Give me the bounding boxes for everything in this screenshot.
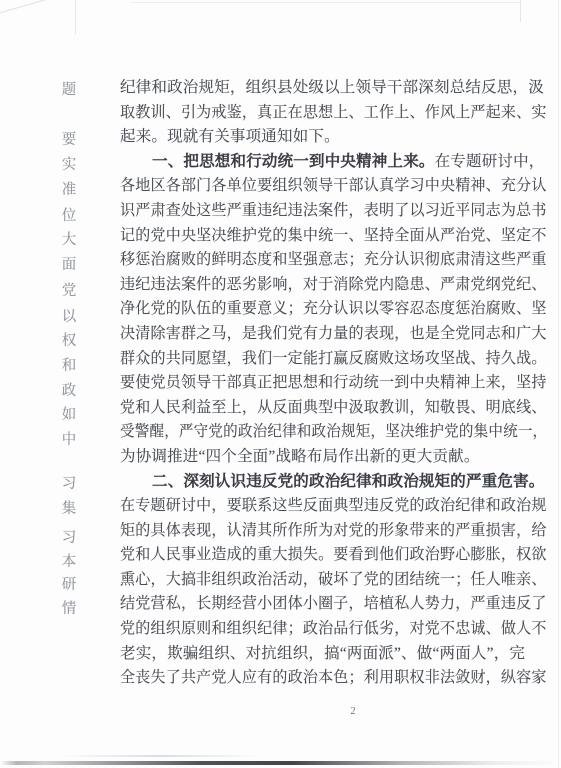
body-line: 二、深刻认识违反党的政治纪律和政治规矩的严重危害。 <box>120 470 547 495</box>
margin-char: 大 <box>58 228 80 249</box>
margin-char: 如 <box>58 403 80 424</box>
margin-char: 党 <box>58 279 80 300</box>
body-line: 结党营私，长期经营小团体小圈子，培植私人势力，严重违反了 <box>120 592 534 617</box>
page-number: 2 <box>338 706 368 717</box>
top-right-crease <box>520 0 521 22</box>
body-line-text: 结党营私，长期经营小团体小圈子，培植私人势力，严重违反了 <box>120 595 547 612</box>
body-line-text: 矩的具体表现，认清其所作所为对党的形象带来的严重损害，给 <box>120 522 547 539</box>
body-line-text: 识严肃查处这些严重违纪违法案件，表明了以习近平同志为总书 <box>120 202 547 219</box>
body-line-text: 在专题研讨中，要联系这些反面典型违反党的政治纪律和政治规 <box>120 497 547 514</box>
body-line: 识严肃查处这些严重违纪违法案件，表明了以习近平同志为总书 <box>120 199 534 224</box>
body-line-text: 老实，欺骗组织、对抗组织，搞“两面派”、做“两面人”，完 <box>120 645 525 662</box>
margin-char: 权 <box>58 329 80 350</box>
margin-char: 位 <box>58 204 80 225</box>
section-heading: 一、把思想和行动统一到中央精神上来。 <box>152 153 435 170</box>
margin-char: 中 <box>58 428 80 449</box>
margin-char: 准 <box>58 178 80 199</box>
body-line: 取教训、引为戒鉴，真正在思想上、工作上、作风上严起来、实 <box>120 101 534 126</box>
body-line-text: 群众的共同愿望，我们一定能打赢反腐败这场攻坚战、持久战。 <box>120 350 547 367</box>
margin-char: 以 <box>58 305 80 326</box>
margin-column: 题要实准位大面党以权和政如中习集习本研情 <box>58 0 80 768</box>
body-line-text: 起来。现就有关事项通知如下。 <box>120 128 340 145</box>
body-line-text: 党和人民利益至上，从反面典型中汲取教训，知敬畏、明底线、 <box>120 399 547 416</box>
margin-char: 集 <box>58 497 80 518</box>
body-line: 矩的具体表现，认清其所作所为对党的形象带来的严重损害，给 <box>120 519 534 544</box>
body-line-text: 为协调推进“四个全面”战略布局作出新的更大贡献。 <box>120 448 480 465</box>
body-line: 净化党的队伍的重要意义；充分认识以零容忍态度惩治腐败、坚 <box>120 297 534 322</box>
body-line-text: 全丧失了共产党人应有的政治本色；利用职权非法敛财，纵容家 <box>120 669 547 686</box>
body-line-text: 受警醒，严守党的政治纪律和政治规矩，坚决维护党的集中统一， <box>120 423 547 440</box>
section-heading: 二、深刻认识违反党的政治纪律和政治规矩的严重危害。 <box>152 473 545 490</box>
body-line: 起来。现就有关事项通知如下。 <box>120 125 547 150</box>
bottom-smudge <box>60 755 260 757</box>
body-line-text: 移惩治腐败的鲜明态度和坚强意志；充分认识彻底肃清这些严重 <box>120 251 547 268</box>
page-fold-line <box>0 0 113 15</box>
margin-char: 要 <box>58 128 80 149</box>
body-line-text: 违纪违法案件的恶劣影响，对于消除党内隐患、严肃党纲党纪、 <box>120 276 547 293</box>
body-line-text: 记的党中央坚决维护党的集中统一、坚持全面从严治党、坚定不 <box>120 227 547 244</box>
body-line: 在专题研讨中，要联系这些反面典型违反党的政治纪律和政治规 <box>120 494 534 519</box>
margin-char: 情 <box>58 597 80 618</box>
margin-char: 面 <box>58 253 80 274</box>
body-line-text: 纪律和政治规矩，组织县处级以上领导干部深刻总结反思，汲 <box>120 79 544 96</box>
body-line: 熏心，大搞非组织政治活动，破坏了党的团结统一；任人唯亲、 <box>120 568 534 593</box>
body-line-text: 要使党员领导干部真正把思想和行动统一到中央精神上来，坚持 <box>120 374 547 391</box>
body-line: 违纪违法案件的恶劣影响，对于消除党内隐患、严肃党纲党纪、 <box>120 273 534 298</box>
body-line-text: 取教训、引为戒鉴，真正在思想上、工作上、作风上严起来、实 <box>120 104 547 121</box>
body-line: 各地区各部门各单位要组织领导干部认真学习中央精神、充分认 <box>120 174 534 199</box>
body-line: 党的组织原则和组织纪律；政治品行低劣，对党不忠诚、做人不 <box>120 617 534 642</box>
document-page: 题要实准位大面党以权和政如中习集习本研情 纪律和政治规矩，组织县处级以上领导干部… <box>0 0 561 768</box>
body-line: 移惩治腐败的鲜明态度和坚强意志；充分认识彻底肃清这些严重 <box>120 248 534 273</box>
body-line: 群众的共同愿望，我们一定能打赢反腐败这场攻坚战、持久战。 <box>120 347 534 372</box>
margin-char: 研 <box>58 573 80 594</box>
page-right-edge <box>558 0 559 768</box>
body-line-text: 在专题研讨中， <box>435 153 545 170</box>
margin-char: 题 <box>58 78 80 99</box>
body-line: 记的党中央坚决维护党的集中统一、坚持全面从严治党、坚定不 <box>120 224 534 249</box>
bottom-scan-shadow <box>0 761 561 765</box>
body-line: 一、把思想和行动统一到中央精神上来。在专题研讨中， <box>120 150 547 175</box>
body-line-text: 决清除害群之马，是我们党有力量的表现，也是全党同志和广大 <box>120 325 547 342</box>
body-line-text: 党和人民事业造成的重大损失。要看到他们政治野心膨胀，权欲 <box>120 546 547 563</box>
body-line: 党和人民利益至上，从反面典型中汲取教训，知敬畏、明底线、 <box>120 396 534 421</box>
body-line-text: 熏心，大搞非组织政治活动，破坏了党的团结统一；任人唯亲、 <box>120 571 547 588</box>
body-text: 纪律和政治规矩，组织县处级以上领导干部深刻总结反思，汲取教训、引为戒鉴，真正在思… <box>120 76 547 691</box>
body-line: 为协调推进“四个全面”战略布局作出新的更大贡献。 <box>120 445 547 470</box>
body-line: 要使党员领导干部真正把思想和行动统一到中央精神上来，坚持 <box>120 371 534 396</box>
body-line-text: 净化党的队伍的重要意义；充分认识以零容忍态度惩治腐败、坚 <box>120 300 547 317</box>
body-line: 受警醒，严守党的政治纪律和政治规矩，坚决维护党的集中统一， <box>120 420 521 445</box>
body-line: 党和人民事业造成的重大损失。要看到他们政治野心膨胀，权欲 <box>120 543 534 568</box>
margin-char: 习 <box>58 472 80 493</box>
body-line: 全丧失了共产党人应有的政治本色；利用职权非法敛财，纵容家 <box>120 666 534 691</box>
margin-char: 习 <box>58 526 80 547</box>
margin-char: 政 <box>58 379 80 400</box>
body-line: 老实，欺骗组织、对抗组织，搞“两面派”、做“两面人”，完 <box>120 642 547 667</box>
body-line: 纪律和政治规矩，组织县处级以上领导干部深刻总结反思，汲 <box>120 76 547 101</box>
margin-char: 本 <box>58 550 80 571</box>
body-line-text: 党的组织原则和组织纪律；政治品行低劣，对党不忠诚、做人不 <box>120 620 547 637</box>
margin-char: 和 <box>58 354 80 375</box>
body-line-text: 各地区各部门各单位要组织领导干部认真学习中央精神、充分认 <box>120 177 547 194</box>
body-line: 决清除害群之马，是我们党有力量的表现，也是全党同志和广大 <box>120 322 534 347</box>
margin-char: 实 <box>58 153 80 174</box>
top-edge-hairline <box>130 2 520 3</box>
